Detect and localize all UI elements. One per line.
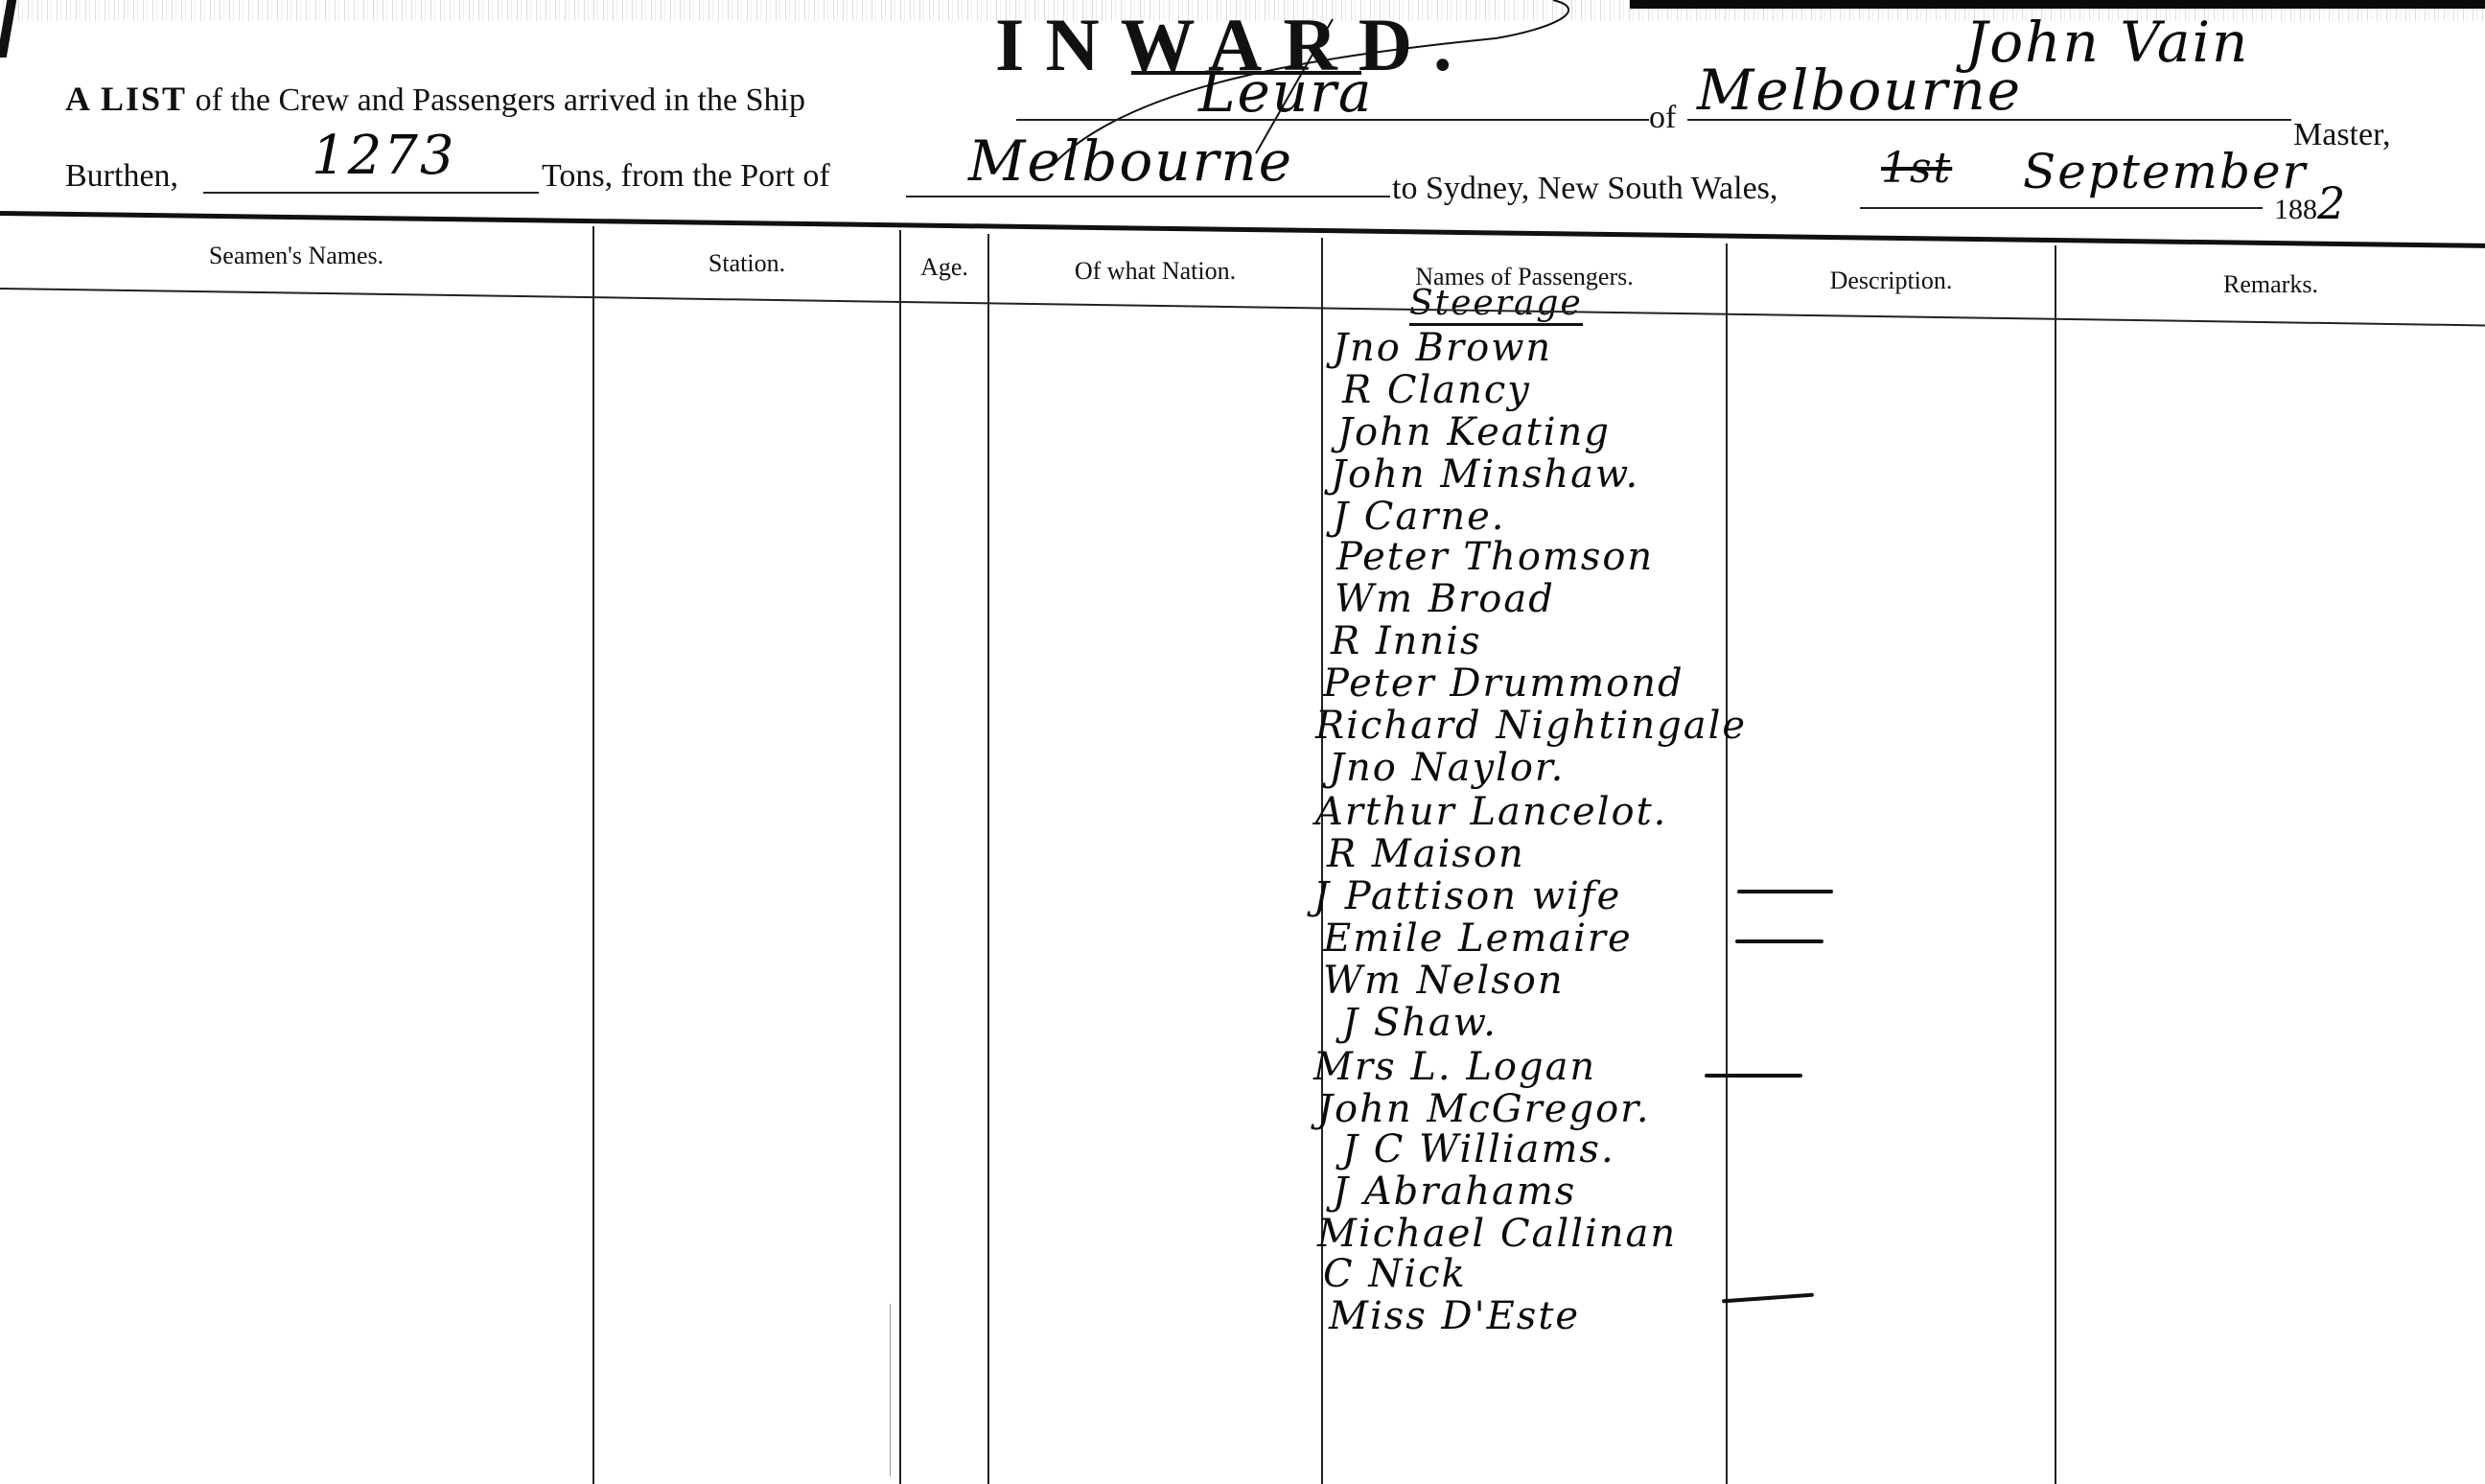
scan-edge-strip (1630, 0, 2485, 9)
column-divider-4 (1321, 238, 1323, 1484)
of-label: of (1649, 100, 1676, 136)
to-sydney-label: to Sydney, New South Wales, (1392, 171, 1777, 207)
passenger-name: Miss D'Este (1329, 1294, 1580, 1338)
passenger-name: Richard Nightingale (1315, 704, 1747, 748)
passenger-name: Wm Broad (1335, 577, 1555, 621)
column-divider-1 (592, 226, 594, 1484)
passenger-name: C Nick (1323, 1252, 1467, 1296)
master-label: Master, (2293, 117, 2391, 153)
form-line-ship: A LIST of the Crew and Passengers arrive… (65, 79, 805, 119)
description-dash (1722, 1293, 1814, 1304)
passenger-name: J Shaw. (1342, 1001, 1498, 1045)
passenger-name: J Abrahams (1333, 1170, 1576, 1214)
column-header-remarks: Remarks. (2056, 270, 2485, 299)
passenger-name: R Clancy (1342, 368, 1531, 412)
ship-name-value: Leura (1198, 59, 1374, 125)
column-divider-3 (987, 234, 989, 1484)
column-header-seamens-names: Seamen's Names. (0, 242, 592, 270)
passenger-name: Arthur Lancelot. (1315, 790, 1667, 834)
year-prefix: 1882 (2274, 177, 2347, 229)
column-header-age: Age. (901, 253, 987, 282)
column-header-description: Description. (1728, 267, 2055, 295)
date-day-value: 1st (1881, 144, 1952, 193)
list-intro: of the Crew and Passengers arrived in th… (196, 82, 805, 118)
passenger-name: Wm Nelson (1323, 959, 1565, 1003)
passenger-name: Peter Thomson (1336, 535, 1654, 579)
description-dash (1735, 939, 1823, 943)
passenger-name: John McGregor. (1317, 1087, 1651, 1131)
column-header-nation: Of what Nation. (989, 257, 1321, 286)
passenger-name: Jno Brown (1333, 326, 1552, 370)
passenger-name: John Minshaw. (1331, 452, 1639, 497)
tons-label: Tons, from the Port of (542, 158, 830, 195)
class-note-steerage: Steerage (1409, 284, 1583, 326)
passenger-name: John Keating (1337, 410, 1611, 454)
year-printed: 188 (2274, 194, 2317, 225)
passenger-name: Emile Lemaire (1323, 916, 1633, 961)
passenger-name: Jno Naylor. (1329, 746, 1565, 790)
passenger-name: J Pattison wife (1313, 874, 1621, 918)
description-dash (1737, 890, 1833, 893)
date-month-value: September (2023, 144, 2307, 199)
column-header-station: Station. (594, 249, 899, 278)
master-name-value: John Vain (1965, 10, 2249, 75)
description-dash (1705, 1074, 1802, 1078)
passenger-name: Peter Drummond (1323, 661, 1684, 706)
column-divider-6 (2055, 245, 2056, 1484)
passenger-name: J C Williams. (1342, 1127, 1615, 1171)
passenger-name: Michael Callinan (1317, 1212, 1677, 1256)
passenger-name: Mrs L. Logan (1313, 1045, 1596, 1089)
column-divider-2 (899, 230, 901, 1484)
port-from-value: Melbourne (968, 128, 1293, 194)
passenger-name: R Maison (1327, 832, 1525, 876)
burthen-label: Burthen, (65, 158, 178, 195)
passenger-name: J Carne. (1333, 495, 1505, 539)
year-handwritten-digit: 2 (2317, 177, 2347, 229)
passenger-name: R Innis (1331, 619, 1481, 663)
list-prefix: A LIST (65, 80, 187, 118)
age-column-faint-line (890, 1304, 891, 1476)
burthen-value: 1273 (312, 125, 456, 187)
